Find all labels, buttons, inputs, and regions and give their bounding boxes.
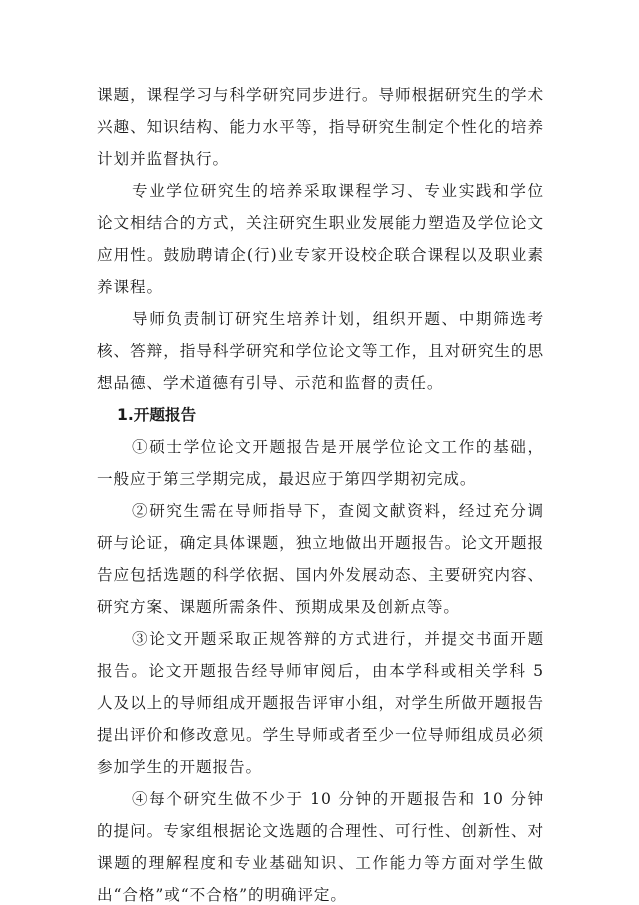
section-heading-proposal-report: 1.开题报告 [97,399,544,431]
paragraph-professional-degree: 专业学位研究生的培养采取课程学习、专业实践和学位论文相结合的方式，关注研究生职业… [97,175,544,303]
paragraph-item-3: ③论文开题采取正规答辩的方式进行，并提交书面开题报告。论文开题报告经导师审阅后，… [97,623,544,783]
paragraph-training-plan: 课题，课程学习与科学研究同步进行。导师根据研究生的学术兴趣、知识结构、能力水平等… [97,79,544,175]
document-page: 课题，课程学习与科学研究同步进行。导师根据研究生的学术兴趣、知识结构、能力水平等… [97,79,544,905]
paragraph-item-2: ②研究生需在导师指导下，查阅文献资料，经过充分调研与论证，确定具体课题，独立地做… [97,495,544,623]
paragraph-item-4: ④每个研究生做不少于 10 分钟的开题报告和 10 分钟的提问。专家组根据论文选… [97,783,544,905]
paragraph-supervisor-duties: 导师负责制订研究生培养计划，组织开题、中期筛选考核、答辩，指导科学研究和学位论文… [97,303,544,399]
paragraph-item-1: ①硕士学位论文开题报告是开展学位论文工作的基础，一般应于第三学期完成，最迟应于第… [97,431,544,495]
